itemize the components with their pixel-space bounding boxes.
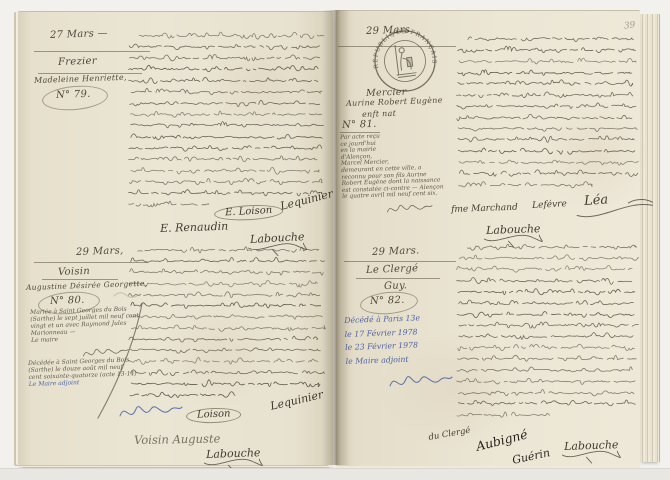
entry-surname: Le Clergé [366,263,419,276]
signature-name: fme Marchand [451,203,518,215]
signature-flourish [560,447,621,465]
mention-signature-scribble [386,199,434,218]
signature: E. Renaudin [160,215,229,236]
act-number: N° 81. [342,119,377,131]
mention-line: le 23 Février 1978 [345,338,421,354]
margin-rule [338,46,456,47]
signature-flourish [202,455,263,473]
mention-line: le Maire adjoint [345,352,421,368]
entry-body-handwriting [454,241,642,432]
signature-name: Guérin [511,446,551,467]
signature: Léa [583,188,608,209]
left-page: 27 Mars —FrezierMadeleine Henriette,N° 7… [18,11,333,465]
signature-name: du Clergé [428,426,471,443]
entry-surname: Frezier [58,56,97,68]
entry-date: 29 Mars [366,24,410,37]
entry-given-names: Madeleine Henriette, [34,73,127,85]
entry-date: 29 Mars. [372,245,420,258]
entry-body-handwriting [126,244,328,412]
signature: Labouche [564,433,619,454]
blue-signature-scribble [388,368,454,394]
signature: Labouche [486,217,541,238]
marginal-mention: Décédé à Paris 13ele 17 Février 1978le 2… [344,311,422,368]
entry-date: 29 Mars, [76,245,124,258]
signature-name: E. Renaudin [160,220,229,235]
scanned-civil-register: 27 Mars —FrezierMadeleine Henriette,N° 7… [0,0,670,480]
margin-rule [344,261,456,262]
marginal-mention: Par acte reçuce jourd'huien la mairied'A… [340,131,444,200]
right-page: RÉPUBLIQUE FRANÇAISE 39 29 MarsMercierAu… [336,10,640,466]
entry-note: enft nat [362,109,396,119]
entry-date: 27 Mars — [50,28,108,41]
margin-rule [356,278,440,279]
stamp-outer-ring [372,28,439,95]
signature: du Clergé [426,418,471,444]
signature: Loison [186,401,242,424]
entry-given-names: Aurine Robert Eugène [346,96,443,108]
entry-given-names: Guy. [384,280,408,292]
signature: Labouche [206,441,261,462]
signature-name: Loison [186,407,242,424]
marianne-figure-icon [393,43,417,78]
entry-body-handwriting [454,33,642,202]
book-page-edges [640,14,660,462]
signature-name: Lefévre [532,199,567,211]
page-number: 39 [624,20,636,31]
signature: Lefévre [532,191,568,212]
entry-surname: Voisin [58,266,90,278]
signature: fme Marchand [451,195,518,216]
act-number-flourish [41,83,109,113]
